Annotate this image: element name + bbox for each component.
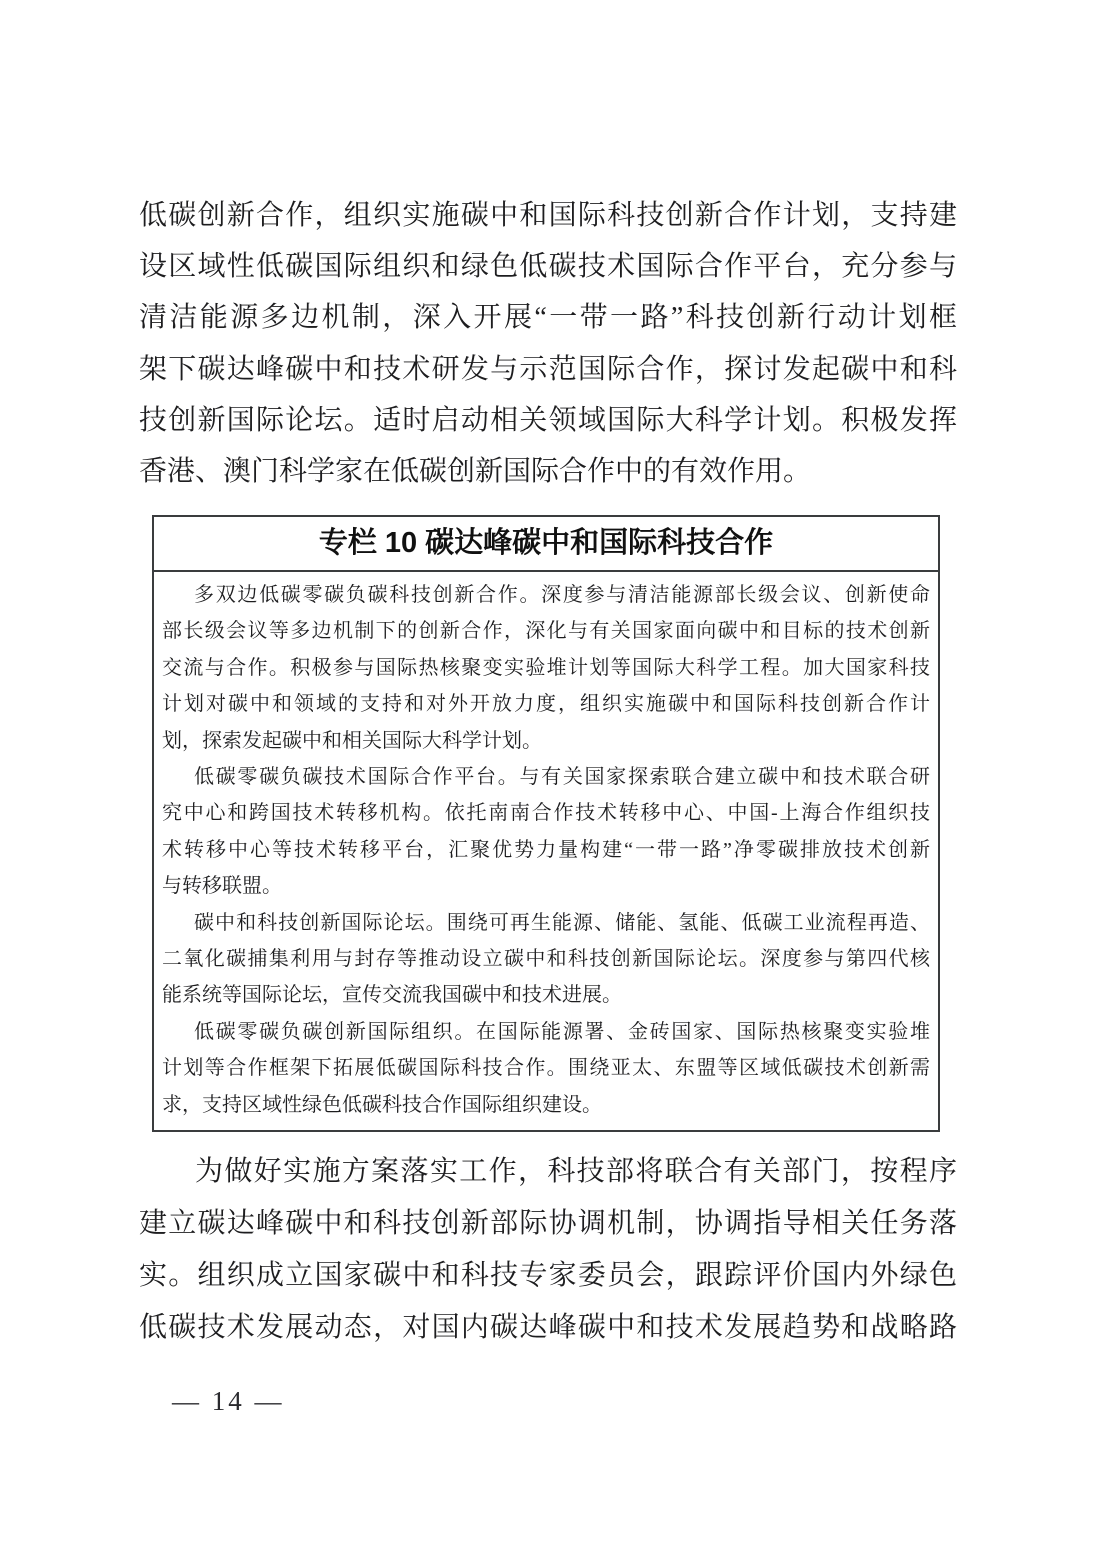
panel-paragraph-line: 术转移中心等技术转移平台，汇聚优势力量构建“一带一路”净零碳排放技术创新 <box>162 832 930 868</box>
panel-paragraph-line: 交流与合作。积极参与国际热核聚变实验堆计划等国际大科学工程。加大国家科技 <box>162 650 930 686</box>
intro-paragraph: 低碳创新合作，组织实施碳中和国际科技创新合作计划，支持建 设区域性低碳国际组织和… <box>139 190 957 497</box>
panel-paragraph-line: 计划等合作框架下拓展低碳国际科技合作。围绕亚太、东盟等区域低碳技术创新需 <box>162 1050 930 1086</box>
document-page: 低碳创新合作，组织实施碳中和国际科技创新合作计划，支持建 设区域性低碳国际组织和… <box>0 0 1102 1559</box>
panel-paragraph-line: 低碳零碳负碳技术国际合作平台。与有关国家探索联合建立碳中和技术联合研 <box>162 759 930 795</box>
body-line: 为做好实施方案落实工作，科技部将联合有关部门，按程序 <box>139 1146 957 1198</box>
panel-paragraph-line: 碳中和科技创新国际论坛。围绕可再生能源、储能、氢能、低碳工业流程再造、 <box>162 905 930 941</box>
body-line: 香港、澳门科学家在低碳创新国际合作中的有效作用。 <box>139 446 957 497</box>
body-line: 技创新国际论坛。适时启动相关领域国际大科学计划。积极发挥 <box>139 395 957 446</box>
body-line: 设区域性低碳国际组织和绿色低碳技术国际合作平台，充分参与 <box>139 241 957 292</box>
body-line: 建立碳达峰碳中和科技创新部际协调机制，协调指导相关任务落 <box>139 1198 957 1250</box>
panel-paragraph-line: 求，支持区域性绿色低碳科技合作国际组织建设。 <box>162 1087 930 1123</box>
closing-paragraph: 为做好实施方案落实工作，科技部将联合有关部门，按程序 建立碳达峰碳中和科技创新部… <box>139 1146 957 1354</box>
panel-paragraph-line: 究中心和跨国技术转移机构。依托南南合作技术转移中心、中国-上海合作组织技 <box>162 795 930 831</box>
panel-paragraph-line: 低碳零碳负碳创新国际组织。在国际能源署、金砖国家、国际热核聚变实验堆 <box>162 1014 930 1050</box>
panel-paragraph-line: 划，探索发起碳中和相关国际大科学计划。 <box>162 723 930 759</box>
body-line: 架下碳达峰碳中和技术研发与示范国际合作，探讨发起碳中和科 <box>139 344 957 395</box>
body-line: 实。组织成立国家碳中和科技专家委员会，跟踪评价国内外绿色 <box>139 1250 957 1302</box>
panel-paragraph-line: 多双边低碳零碳负碳科技创新合作。深度参与清洁能源部长级会议、创新使命 <box>162 577 930 613</box>
body-line: 低碳技术发展动态，对国内碳达峰碳中和技术发展趋势和战略路 <box>139 1302 957 1354</box>
body-line: 清洁能源多边机制，深入开展“一带一路”科技创新行动计划框 <box>139 292 957 343</box>
panel-paragraph-line: 二氧化碳捕集利用与封存等推动设立碳中和科技创新国际论坛。深度参与第四代核 <box>162 941 930 977</box>
panel-paragraph-line: 与转移联盟。 <box>162 868 930 904</box>
panel-paragraph-line: 计划对碳中和领域的支持和对外开放力度，组织实施碳中和国际科技创新合作计 <box>162 686 930 722</box>
column-box-body: 多双边低碳零碳负碳科技创新合作。深度参与清洁能源部长级会议、创新使命 部长级会议… <box>154 572 938 1130</box>
body-line: 低碳创新合作，组织实施碳中和国际科技创新合作计划，支持建 <box>139 190 957 241</box>
page-number: — 14 — <box>172 1386 285 1417</box>
column-box-10: 专栏 10 碳达峰碳中和国际科技合作 多双边低碳零碳负碳科技创新合作。深度参与清… <box>152 515 940 1132</box>
panel-paragraph-line: 部长级会议等多边机制下的创新合作，深化与有关国家面向碳中和目标的技术创新 <box>162 613 930 649</box>
column-box-title: 专栏 10 碳达峰碳中和国际科技合作 <box>154 517 938 572</box>
panel-paragraph-line: 能系统等国际论坛，宣传交流我国碳中和技术进展。 <box>162 977 930 1013</box>
